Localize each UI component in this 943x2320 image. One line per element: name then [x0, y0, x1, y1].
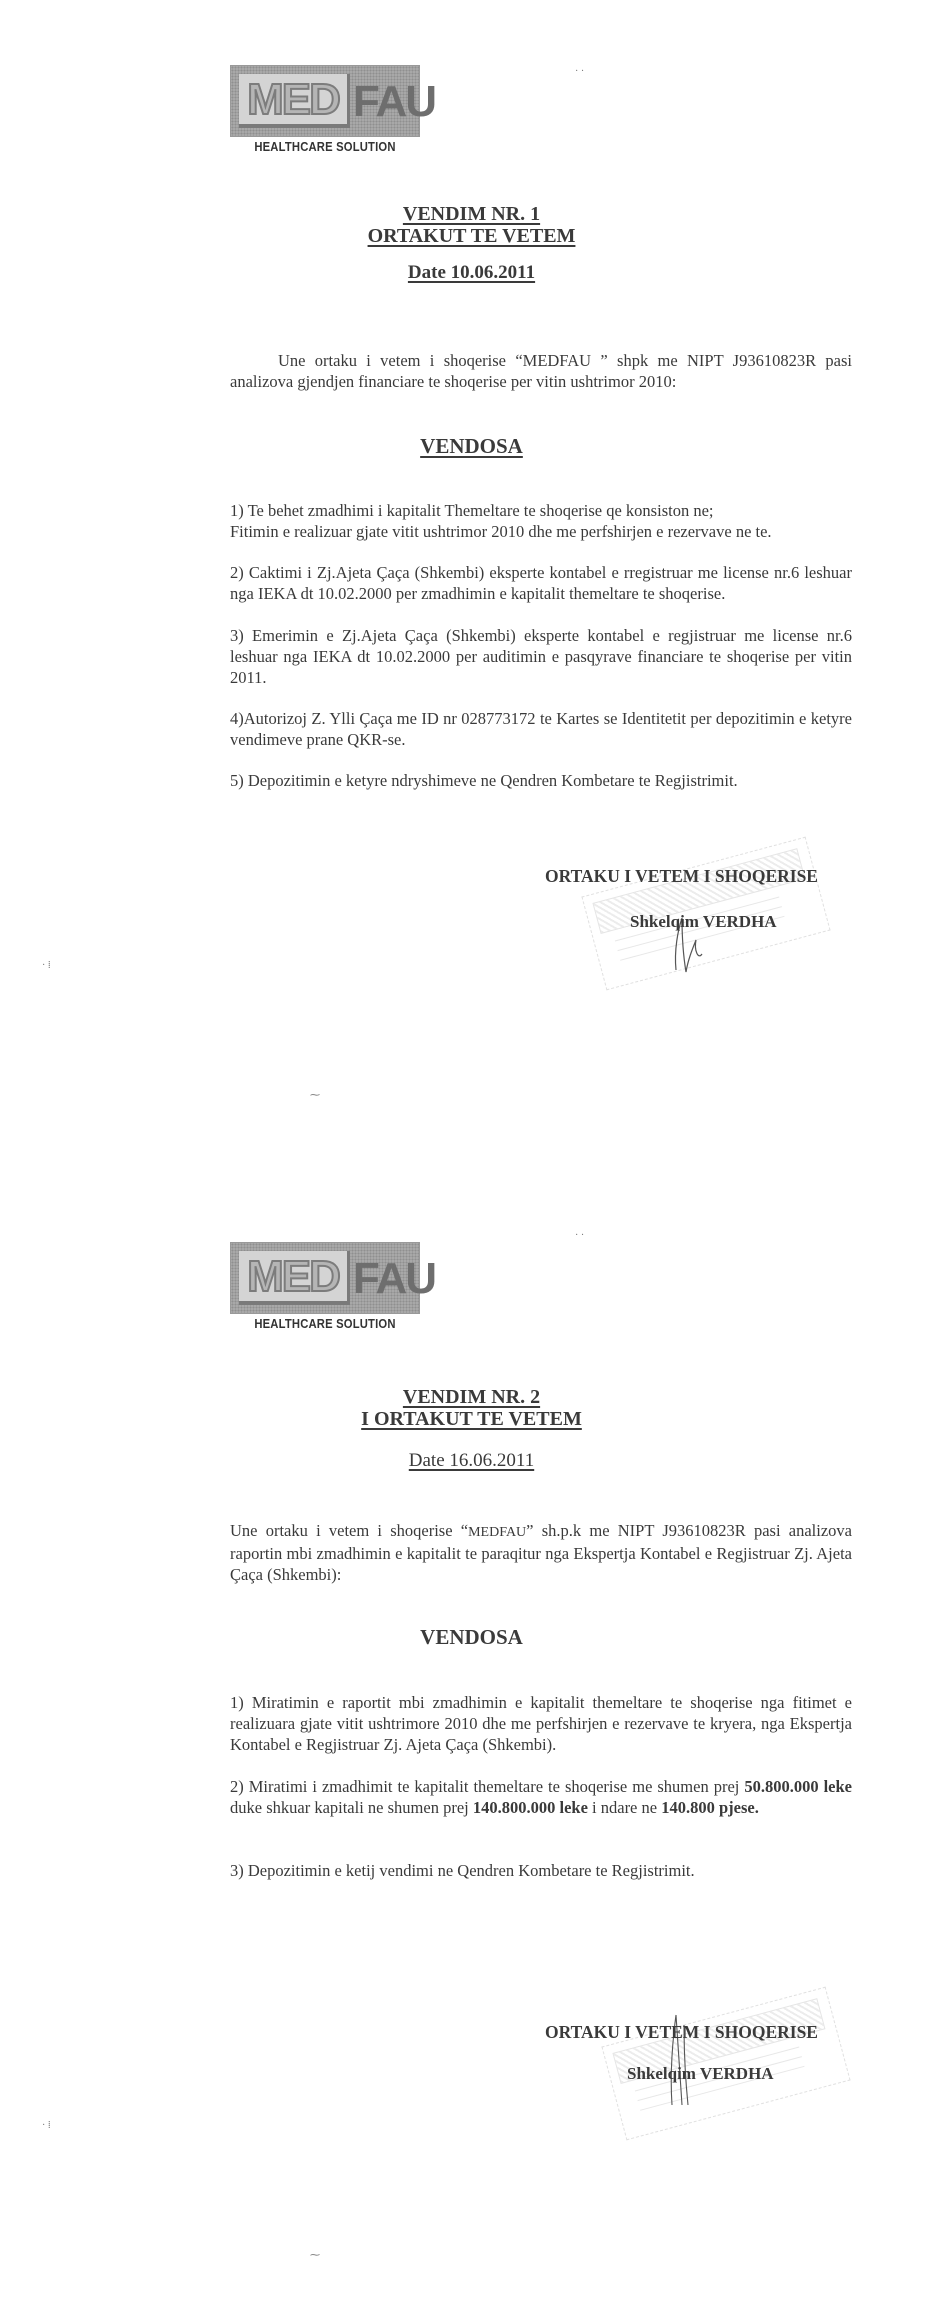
signature-title: ORTAKU I VETEM I SHOQERISE — [545, 866, 818, 887]
scan-speck: · ⁞ — [42, 960, 51, 971]
total-capital-amount: 140.800.000 leke — [473, 1798, 588, 1817]
scan-speck: · · — [575, 66, 584, 77]
date-text: Date 10.06.2011 — [408, 262, 535, 283]
signature-title: ORTAKU I VETEM I SHOQERISE — [545, 2022, 818, 2043]
item-1-line-1: 1) Te behet zmadhimi i kapitalit Themelt… — [230, 500, 852, 521]
logo-mark: MED FAU — [230, 65, 420, 137]
logo-text-med: MED — [239, 1251, 350, 1305]
logo-tagline: HEALTHCARE SOLUTION — [240, 140, 411, 154]
company-name: MEDFAU — [468, 1525, 526, 1540]
decision-item-3: 3) Emerimin e Zj.Ajeta Çaça (Shkembi) ek… — [230, 625, 852, 688]
vendosa-text: VENDOSA — [420, 434, 523, 458]
item-2-text: duke shkuar kapitali ne shumen prej — [230, 1798, 473, 1817]
logo-text-med: MED — [239, 74, 350, 128]
item-2-text: i ndare ne — [588, 1798, 661, 1817]
decision-item-2: 2) Miratimi i zmadhimit te kapitalit the… — [230, 1776, 852, 1818]
scan-speck: · · — [575, 1230, 584, 1241]
signatory-name: Shkelqim VERDHA — [627, 2064, 774, 2084]
intro-paragraph: Une ortaku i vetem i shoqerise “MEDFAU ”… — [230, 350, 852, 392]
item-2-text: 2) Miratimi i zmadhimit te kapitalit the… — [230, 1777, 744, 1796]
decision-item-3: 3) Depozitimin e ketij vendimi ne Qendre… — [230, 1860, 852, 1881]
intro-text-start: Une ortaku i vetem i shoqerise “ — [230, 1521, 468, 1540]
decision-item-2: 2) Caktimi i Zj.Ajeta Çaça (Shkembi) eks… — [230, 562, 852, 604]
item-1-line-2: Fitimin e realizuar gjate vitit ushtrimo… — [230, 521, 852, 542]
date-text: Date 16.06.2011 — [409, 1450, 534, 1471]
company-logo: MED FAU HEALTHCARE SOLUTION — [230, 1242, 420, 1331]
capital-increase-amount: 50.800.000 leke — [744, 1777, 852, 1796]
decision-date: Date 10.06.2011 — [0, 262, 943, 284]
decision-number: VENDIM NR. 2 — [403, 1386, 540, 1408]
decision-item-1: 1) Te behet zmadhimi i kapitalit Themelt… — [230, 500, 852, 542]
decision-subtitle: ORTAKUT TE VETEM — [368, 225, 576, 247]
decision-item-5: 5) Depozitimin e ketyre ndryshimeve ne Q… — [230, 770, 852, 791]
decision-title: VENDIM NR. 1 ORTAKUT TE VETEM — [0, 203, 943, 247]
intro-paragraph: Une ortaku i vetem i shoqerise “MEDFAU” … — [230, 1520, 852, 1585]
decision-number: VENDIM NR. 1 — [403, 203, 540, 225]
scan-speck: ⁓ — [310, 1090, 320, 1101]
document-page-1: MED FAU HEALTHCARE SOLUTION VENDIM NR. 1… — [0, 0, 943, 1160]
decision-date: Date 16.06.2011 — [0, 1450, 943, 1472]
decision-subtitle: I ORTAKUT TE VETEM — [361, 1408, 582, 1430]
decision-title: VENDIM NR. 2 I ORTAKUT TE VETEM — [0, 1386, 943, 1430]
scan-speck: · ⁞ — [42, 2120, 51, 2131]
document-page-2: MED FAU HEALTHCARE SOLUTION VENDIM NR. 2… — [0, 1160, 943, 2320]
logo-text-fau: FAU — [353, 74, 417, 128]
logo-text-fau: FAU — [353, 1251, 417, 1305]
decision-heading: VENDOSA — [0, 1625, 943, 1650]
decision-item-4: 4)Autorizoj Z. Ylli Çaça me ID nr 028773… — [230, 708, 852, 750]
logo-tagline: HEALTHCARE SOLUTION — [240, 1317, 411, 1331]
signatory-name: Shkelqim VERDHA — [630, 912, 777, 932]
company-logo: MED FAU HEALTHCARE SOLUTION — [230, 65, 420, 154]
decision-heading: VENDOSA — [0, 434, 943, 459]
scan-speck: ⁓ — [310, 2250, 320, 2261]
logo-mark: MED FAU — [230, 1242, 420, 1314]
shares-count: 140.800 pjese. — [661, 1798, 759, 1817]
decision-item-1: 1) Miratimin e raportit mbi zmadhimin e … — [230, 1692, 852, 1755]
